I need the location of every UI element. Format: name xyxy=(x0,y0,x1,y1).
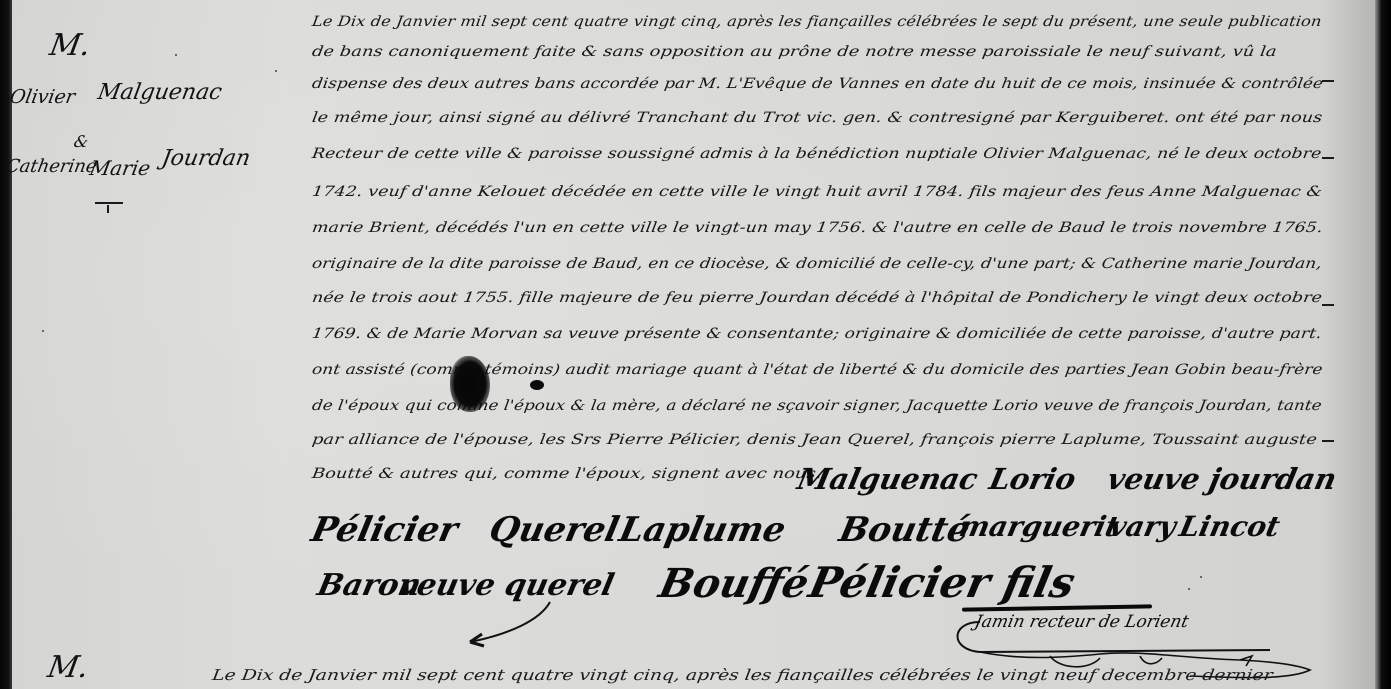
entry-line: par alliance de l'épouse, les Srs Pierre… xyxy=(311,432,1318,448)
entry-line: dispense des deux autres bans accordée p… xyxy=(311,76,1324,92)
entry-mark: M. xyxy=(47,28,93,63)
next-entry-mark: M. xyxy=(45,650,91,685)
line-end-dash xyxy=(1322,304,1334,306)
line-end-dash xyxy=(1322,157,1334,159)
line-end-dash xyxy=(1322,80,1334,82)
groom-first-name: Olivier xyxy=(8,86,77,108)
signature-vary: vary xyxy=(1106,510,1178,543)
page-binding-edge xyxy=(1375,0,1391,689)
ink-blot xyxy=(530,380,544,390)
register-page: M. Olivier Malguenac & Catherine Marie J… xyxy=(0,0,1391,689)
paper-speck xyxy=(42,330,44,332)
entry-line: originaire de la dite paroisse de Baud, … xyxy=(311,256,1323,272)
bride-middle-name: Marie xyxy=(88,156,152,180)
signature-pelicier: Pélicier xyxy=(308,510,462,550)
entry-line: Le Dix de Janvier mil sept cent quatre v… xyxy=(311,14,1323,30)
entry-line: née le trois aout 1755. fille majeure de… xyxy=(311,290,1323,306)
paper-speck xyxy=(175,54,177,56)
paper-speck xyxy=(1188,588,1190,590)
next-entry-first-line: Le Dix de Janvier mil sept cent quatre v… xyxy=(211,666,1274,684)
entry-line: marie Brient, décédés l'un en cette vill… xyxy=(311,220,1324,236)
entry-line: 1742. veuf d'anne Kelouet décédée en cet… xyxy=(311,184,1323,200)
bride-first-name: Catherine xyxy=(4,156,98,177)
signature-bouffe: Bouffé xyxy=(655,560,813,607)
line-end-dash xyxy=(1322,440,1334,442)
conjunction: & xyxy=(72,132,90,151)
signature-boutte: Boutté xyxy=(836,510,974,550)
signature-querel: Querel xyxy=(486,510,623,550)
bride-last-name: Jourdan xyxy=(160,146,253,171)
paper-speck xyxy=(275,70,277,72)
entry-line: de bans canoniquement faite & sans oppos… xyxy=(311,44,1278,60)
signature-veuve-querel: veuve querel xyxy=(396,568,617,603)
entry-line: Recteur de cette ville & paroisse soussi… xyxy=(311,146,1323,162)
signature-lincot: Lincot xyxy=(1176,510,1282,543)
signature-laplume: Laplume xyxy=(616,510,789,550)
curved-arrow-icon xyxy=(440,600,560,660)
entry-line: le même jour, ainsi signé au délivré Tra… xyxy=(311,110,1323,126)
entry-line: Boutté & autres qui, comme l'époux, sign… xyxy=(311,466,823,482)
paper-speck xyxy=(1200,576,1202,578)
signature-marguerit: marguerit xyxy=(956,510,1122,543)
groom-last-name: Malguenac xyxy=(96,80,224,105)
ink-blot xyxy=(450,356,490,412)
entry-line: 1769. & de Marie Morvan sa veuve présent… xyxy=(311,326,1323,342)
signature-lorio: Lorio xyxy=(986,462,1079,496)
signature-veuve-jourdan: veuve jourdan xyxy=(1104,462,1339,496)
signature-malguenac: Malguenac xyxy=(794,462,980,496)
bride-cross-mark-icon xyxy=(95,200,123,214)
